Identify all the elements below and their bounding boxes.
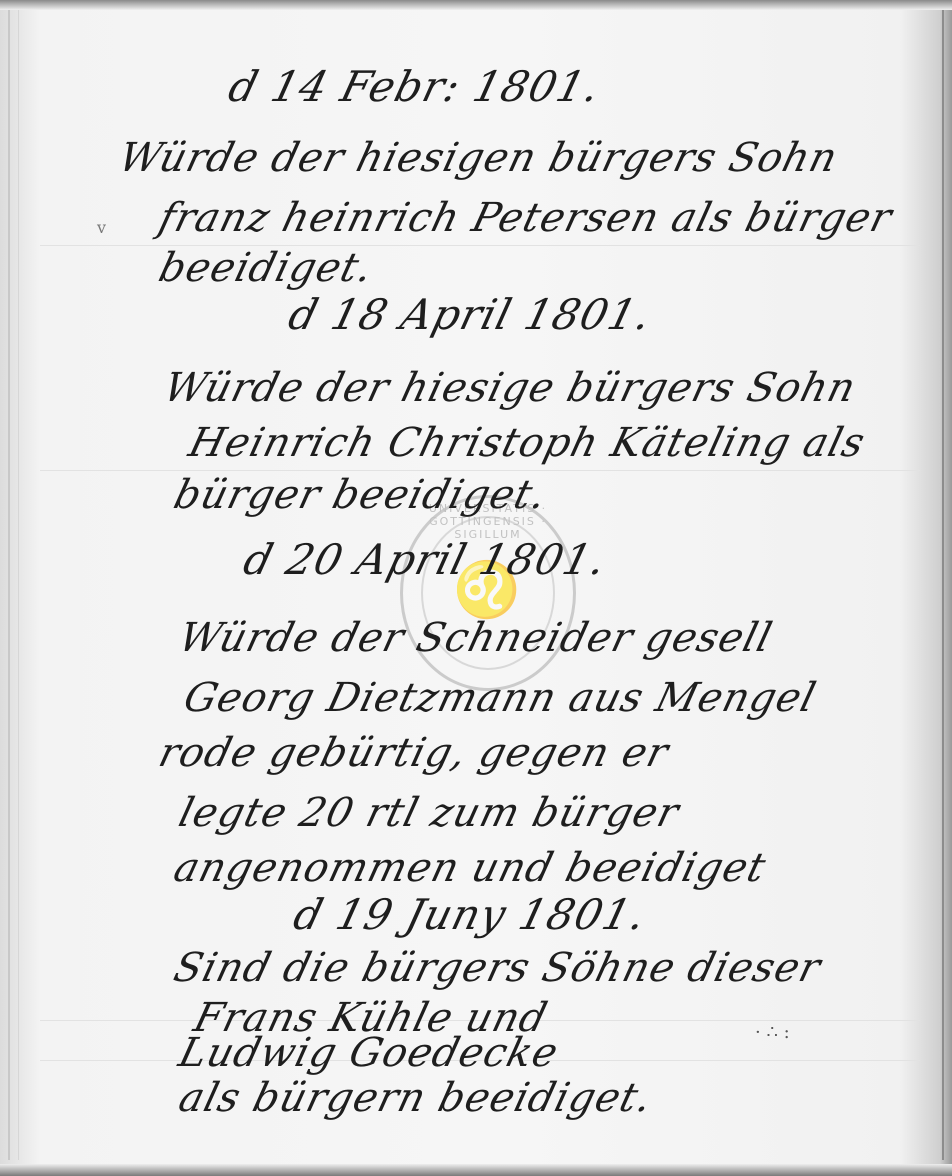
scanned-document-page: UNIVERSITATIS · GOTTINGENSIS · SIGILLUM … bbox=[0, 0, 952, 1176]
margin-dot-marks: · ∴ : bbox=[755, 1022, 790, 1043]
entry-3-line-1: Würde der Schneider gesell bbox=[174, 615, 777, 661]
entry-2-line-1: Würde der hiesige bürgers Sohn bbox=[159, 365, 861, 411]
page-edge-right bbox=[942, 10, 944, 1160]
binding-edge-left-inner bbox=[18, 10, 19, 1160]
entry-4-line-3: Ludwig Goedecke bbox=[174, 1030, 563, 1076]
margin-tick-mark: v bbox=[97, 218, 106, 237]
page-top-shadow bbox=[0, 0, 952, 10]
library-stamp: UNIVERSITATIS · GOTTINGENSIS · SIGILLUM … bbox=[400, 495, 576, 691]
entry-1-line-2: franz heinrich Petersen als bürger bbox=[154, 195, 897, 241]
entry-2-date: d 18 April 1801. bbox=[284, 290, 657, 339]
entry-3-line-2: Georg Dietzmann aus Mengel bbox=[179, 675, 821, 721]
entry-1-line-1: Würde der hiesigen bürgers Sohn bbox=[114, 135, 842, 181]
entry-1-line-3: beeidiget. bbox=[154, 245, 378, 291]
binding-edge-left bbox=[8, 10, 10, 1160]
entry-4-line-4: als bürgern beeidiget. bbox=[174, 1075, 657, 1121]
entry-3-line-3: rode gebürtig, gegen er bbox=[154, 730, 673, 776]
faint-ruled-line bbox=[40, 470, 920, 471]
entry-2-line-3: bürger beeidiget. bbox=[169, 472, 551, 518]
entry-1-date: d 14 Febr: 1801. bbox=[224, 62, 606, 111]
entry-4-date: d 19 Juny 1801. bbox=[289, 890, 652, 939]
entry-4-line-1: Sind die bürgers Söhne dieser bbox=[169, 945, 825, 991]
entry-3-date: d 20 April 1801. bbox=[239, 535, 612, 584]
entry-2-line-2: Heinrich Christoph Käteling als bbox=[184, 420, 870, 466]
entry-3-line-5: angenommen und beeidiget bbox=[169, 845, 771, 891]
page-bottom-shadow bbox=[0, 1164, 952, 1176]
entry-3-line-4: legte 20 rtl zum bürger bbox=[174, 790, 684, 836]
